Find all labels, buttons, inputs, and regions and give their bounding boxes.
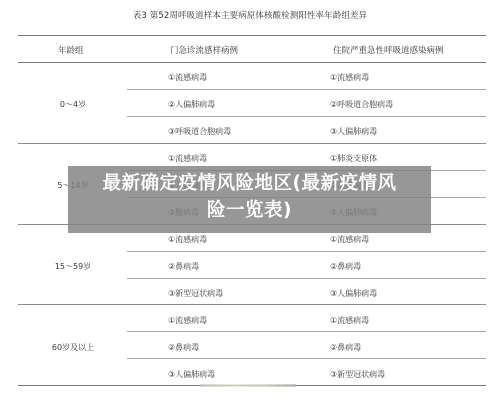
table-title: 表3 第52周呼吸道样本主要病原体核酸检测阳性率年龄组差异 <box>0 9 500 21</box>
inpatient-item: ③新型冠状病毒 <box>330 369 385 380</box>
header-inpatient: 住院严重急性呼吸道感染病例 <box>333 44 444 56</box>
group-divider <box>18 143 486 144</box>
age-cell: 0～4岁 <box>18 99 128 110</box>
age-cell: 60岁及以上 <box>18 342 128 353</box>
outpatient-item: ①流感病毒 <box>168 72 207 83</box>
inpatient-item: ②鼻病毒 <box>330 342 361 353</box>
outpatient-item: ①流感病毒 <box>168 153 207 164</box>
outpatient-item: ①流感病毒 <box>168 315 207 326</box>
inpatient-item: ②鼻病毒 <box>330 261 361 272</box>
inpatient-item: ①肺炎支原体 <box>330 153 377 164</box>
outpatient-item: ②人偏肺病毒 <box>168 99 215 110</box>
outpatient-item: ①流感病毒 <box>168 234 207 245</box>
outpatient-item: ③人偏肺病毒 <box>168 369 215 380</box>
header-age: 年龄组 <box>58 44 84 56</box>
outpatient-item: ③新型冠状病毒 <box>168 288 223 299</box>
header-bottom-rule <box>18 62 486 63</box>
age-cell: 15～59岁 <box>18 261 128 272</box>
inpatient-item: ①流感病毒 <box>330 234 369 245</box>
sub-row-divider <box>127 251 486 252</box>
overlay-title-line1: 最新确定疫情风险地区(最新疫情风 <box>68 170 431 197</box>
title-overlay-banner: 最新确定疫情风险地区(最新疫情风 险一览表) <box>68 166 431 233</box>
image-fragment <box>200 384 296 387</box>
group-divider <box>18 304 486 305</box>
overlay-title: 最新确定疫情风险地区(最新疫情风 险一览表) <box>68 170 431 224</box>
inpatient-item: ②呼吸道合胞病毒 <box>330 99 393 110</box>
outpatient-item: ②鼻病毒 <box>168 342 199 353</box>
inpatient-item: ①流感病毒 <box>330 315 369 326</box>
header-outpatient: 门急诊流感样病例 <box>170 44 238 56</box>
sub-row-divider <box>127 331 486 332</box>
outpatient-item: ③呼吸道合胞病毒 <box>168 126 231 137</box>
sub-row-divider <box>127 278 486 279</box>
inpatient-item: ③人偏肺病毒 <box>330 126 377 137</box>
sub-row-divider <box>127 358 486 359</box>
outpatient-item: ②鼻病毒 <box>168 261 199 272</box>
sub-row-divider <box>127 89 486 90</box>
inpatient-item: ①流感病毒 <box>330 72 369 83</box>
table-top-rule <box>18 35 486 36</box>
inpatient-item: ③人偏肺病毒 <box>330 288 377 299</box>
overlay-title-line2: 险一览表) <box>68 197 431 224</box>
sub-row-divider <box>127 116 486 117</box>
